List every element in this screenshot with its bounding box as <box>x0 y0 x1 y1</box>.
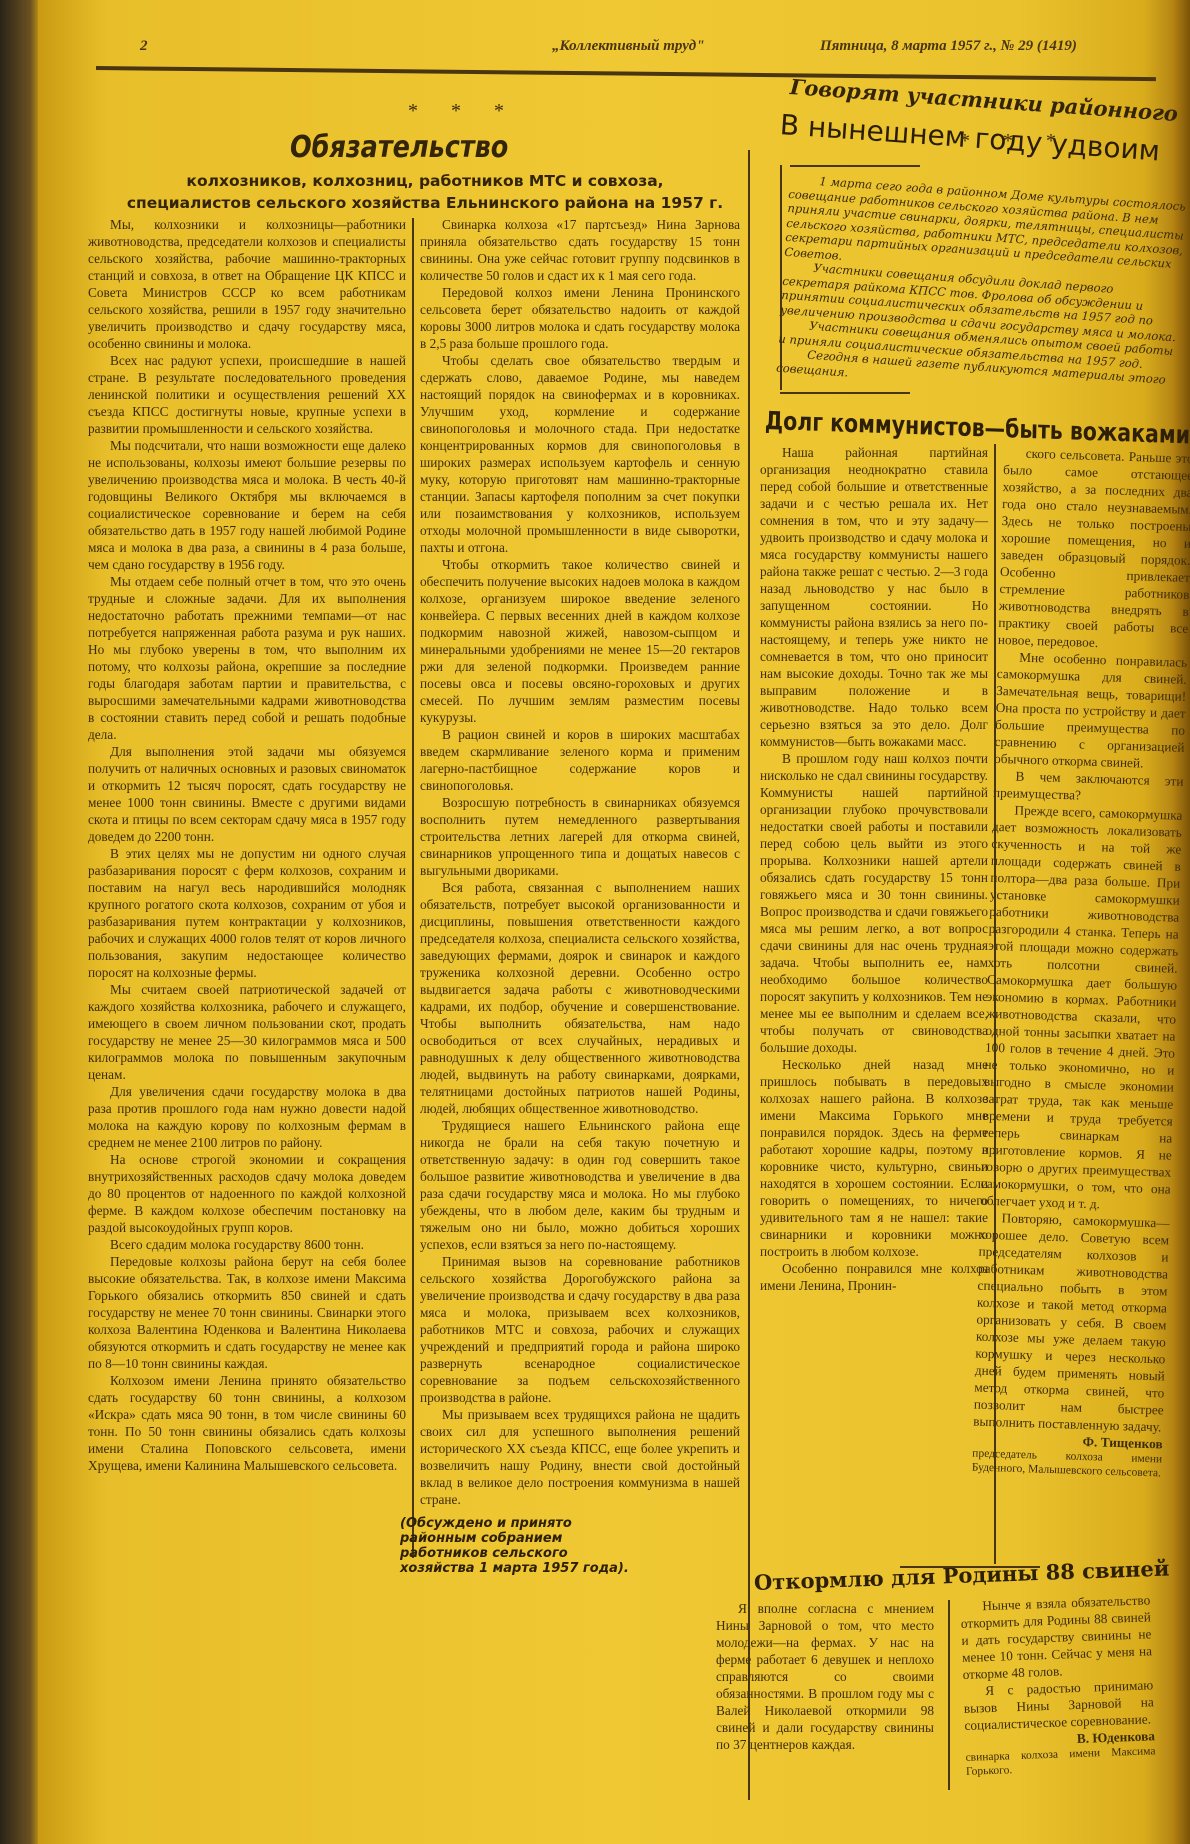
paragraph: Я вполне согласна с мнением Нины Зарново… <box>716 1600 934 1753</box>
paragraph: Несколько дней назад мне пришлось побыва… <box>760 1056 988 1260</box>
paragraph: Мы подсчитали, что наши возможности еще … <box>88 437 406 573</box>
stars-ornament: * * * <box>960 130 1070 153</box>
paragraph: Прежде всего, самокормушка дает возможно… <box>980 801 1183 1215</box>
paragraph: Мне особенно понравилась самокормушка дл… <box>994 648 1188 773</box>
author-role: председатель колхоза имени Буденного, Ма… <box>972 1447 1163 1481</box>
paragraph: Всех нас радуют успехи, происшедшие в на… <box>88 352 406 437</box>
paragraph: В этих целях мы не допустим ни одного сл… <box>88 845 406 981</box>
paragraph: Нынче я взяла обязательство откормить дл… <box>960 1591 1153 1683</box>
page-number: 2 <box>140 38 148 55</box>
intro-box-border <box>790 165 920 167</box>
adoption-note: (Обсуждено и принято районным собранием … <box>400 1516 640 1576</box>
paragraph: Чтобы сделать свое обязательство твердым… <box>420 352 740 556</box>
paragraph: Вся работа, связанная с выполнением наши… <box>420 879 740 1117</box>
paragraph: В прошлом году наш колхоз почти нискольк… <box>760 750 988 1056</box>
paragraph: Мы, колхозники и колхозницы—работники жи… <box>88 216 406 352</box>
paragraph: Принимая вызов на соревнование работнико… <box>420 1253 740 1406</box>
section-intro: 1 марта сего года в районном Доме культу… <box>776 172 1189 402</box>
newspaper-name: „Коллективный труд" <box>552 38 705 55</box>
paragraph: В рацион свиней и коров в широких масшта… <box>420 726 740 794</box>
paragraph: Всего сдадим молока государству 8600 тон… <box>88 1236 406 1253</box>
book-binding <box>0 0 38 1844</box>
paragraph: Возросшую потребность в свинарниках обяз… <box>420 794 740 879</box>
paragraph: Передовые колхозы района берут на себя б… <box>88 1253 406 1372</box>
stars-ornament: * * * <box>408 100 518 123</box>
paragraph: На основе строгой экономии и сокращения … <box>88 1151 406 1236</box>
paragraph: Наша районная партийная организация неод… <box>760 444 988 750</box>
paragraph: Особенно понравился мне колхоз имени Лен… <box>760 1260 988 1294</box>
paragraph: Чтобы откормить такое количество свиней … <box>420 556 740 726</box>
paragraph: Колхозом имени Ленина принято обязательс… <box>88 1372 406 1474</box>
paragraph: Мы отдаем себе полный отчет в том, что э… <box>88 573 406 743</box>
column-divider <box>748 150 750 1800</box>
paragraph: Я с радостью принимаю вызов Нины Зарново… <box>963 1676 1155 1734</box>
article-subtitle: колхозников, колхозниц, работников МТС и… <box>80 170 770 214</box>
column-divider <box>948 1600 950 1790</box>
paragraph: Мы считаем своей патриотической задачей … <box>88 981 406 1083</box>
main-article-column-2: Свинарка колхоза «17 партсъезд» Нина Зар… <box>420 216 740 1508</box>
intro-box-border <box>780 392 910 394</box>
paragraph: Свинарка колхоза «17 партсъезд» Нина Зар… <box>420 216 740 284</box>
otk-article-column-2: Нынче я взяла обязательство откормить дл… <box>960 1591 1156 1779</box>
paragraph: Мы призываем всех трудящихся района не щ… <box>420 1406 740 1508</box>
paragraph: Повторяю, самокормушка—хорошее дело. Сов… <box>973 1209 1170 1436</box>
subtitle-line-2: специалистов сельского хозяйства Ельнинс… <box>80 192 770 214</box>
dolg-article-column-2: ского сельсовета. Раньше это было самое … <box>969 444 1190 1579</box>
article-title: Обязательство <box>290 130 508 165</box>
main-article-column-1: Мы, колхозники и колхозницы—работники жи… <box>88 216 406 1474</box>
paragraph: Для увеличения сдачи государству молока … <box>88 1083 406 1151</box>
otk-article-column-1: Я вполне согласна с мнением Нины Зарново… <box>716 1600 934 1753</box>
paragraph: Для выполнения этой задачи мы обязуемся … <box>88 743 406 845</box>
column-divider <box>412 218 414 1558</box>
dolg-article-column-1: Наша районная партийная организация неод… <box>760 444 988 1294</box>
paragraph: Трудящиеся нашего Ельнинского района еще… <box>420 1117 740 1253</box>
paragraph: Передовой колхоз имени Ленина Пронинског… <box>420 284 740 352</box>
page-header: 2 „Коллективный труд" Пятница, 8 марта 1… <box>100 38 1150 60</box>
issue-date: Пятница, 8 марта 1957 г., № 29 (1419) <box>820 38 1077 55</box>
subtitle-line-1: колхозников, колхозниц, работников МТС и… <box>80 170 770 192</box>
paragraph: ского сельсовета. Раньше это было самое … <box>998 444 1190 654</box>
